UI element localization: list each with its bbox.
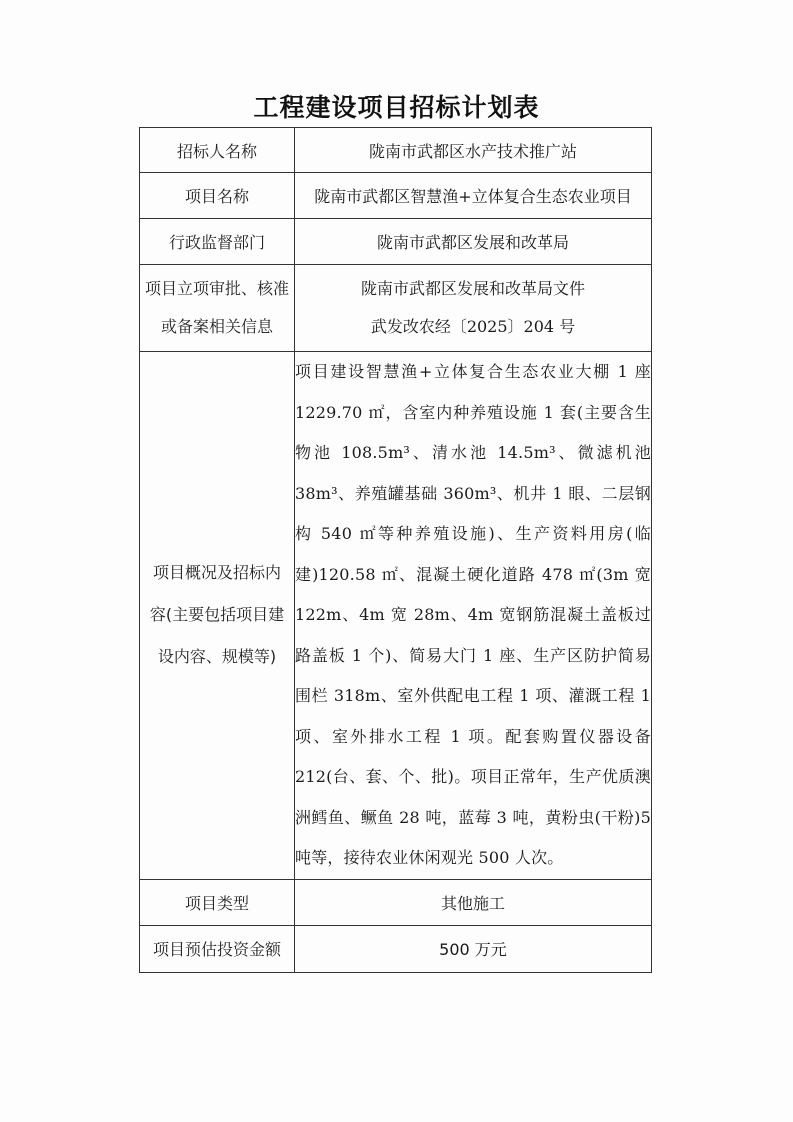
label-approval-line-2: 或备案相关信息 — [140, 308, 294, 346]
value-project-type: 其他施工 — [295, 879, 652, 925]
value-approval-info: 陇南市武都区发展和改革局文件 武发改农经〔2025〕204 号 — [295, 265, 652, 352]
tender-plan-table: 招标人名称 陇南市武都区水产技术推广站 项目名称 陇南市武都区智慧渔+立体复合生… — [139, 127, 652, 973]
label-estimated-investment: 项目预估投资金额 — [140, 925, 295, 972]
table-row-supervision: 行政监督部门 陇南市武都区发展和改革局 — [140, 219, 652, 265]
label-supervision-dept: 行政监督部门 — [140, 219, 295, 265]
label-project-overview: 项目概况及招标内 容(主要包括项目建 设内容、规模等) — [140, 352, 295, 880]
label-project-name: 项目名称 — [140, 173, 295, 219]
value-supervision-dept: 陇南市武都区发展和改革局 — [295, 219, 652, 265]
label-approval-line-1: 项目立项审批、核准 — [140, 270, 294, 308]
label-overview-line-3: 设内容、规模等) — [140, 636, 294, 678]
value-approval-line-2: 武发改农经〔2025〕204 号 — [295, 308, 651, 346]
table-row-project-type: 项目类型 其他施工 — [140, 879, 652, 925]
value-project-overview: 项目建设智慧渔+立体复合生态农业大棚 1 座 1229.70 ㎡，含室内种养殖设… — [295, 352, 652, 880]
table-row-investment: 项目预估投资金额 500 万元 — [140, 925, 652, 972]
value-approval-line-1: 陇南市武都区发展和改革局文件 — [295, 270, 651, 308]
label-overview-line-1: 项目概况及招标内 — [140, 552, 294, 594]
table-row-overview: 项目概况及招标内 容(主要包括项目建 设内容、规模等) 项目建设智慧渔+立体复合… — [140, 352, 652, 880]
table-row-approval: 项目立项审批、核准 或备案相关信息 陇南市武都区发展和改革局文件 武发改农经〔2… — [140, 265, 652, 352]
value-tenderer-name: 陇南市武都区水产技术推广站 — [295, 128, 652, 173]
label-approval-info: 项目立项审批、核准 或备案相关信息 — [140, 265, 295, 352]
table-row-tenderer: 招标人名称 陇南市武都区水产技术推广站 — [140, 128, 652, 173]
value-project-name: 陇南市武都区智慧渔+立体复合生态农业项目 — [295, 173, 652, 219]
table-row-project-name: 项目名称 陇南市武都区智慧渔+立体复合生态农业项目 — [140, 173, 652, 219]
label-overview-line-2: 容(主要包括项目建 — [140, 594, 294, 636]
value-estimated-investment: 500 万元 — [295, 925, 652, 972]
label-tenderer-name: 招标人名称 — [140, 128, 295, 173]
document-title: 工程建设项目招标计划表 — [0, 88, 793, 124]
label-project-type: 项目类型 — [140, 879, 295, 925]
